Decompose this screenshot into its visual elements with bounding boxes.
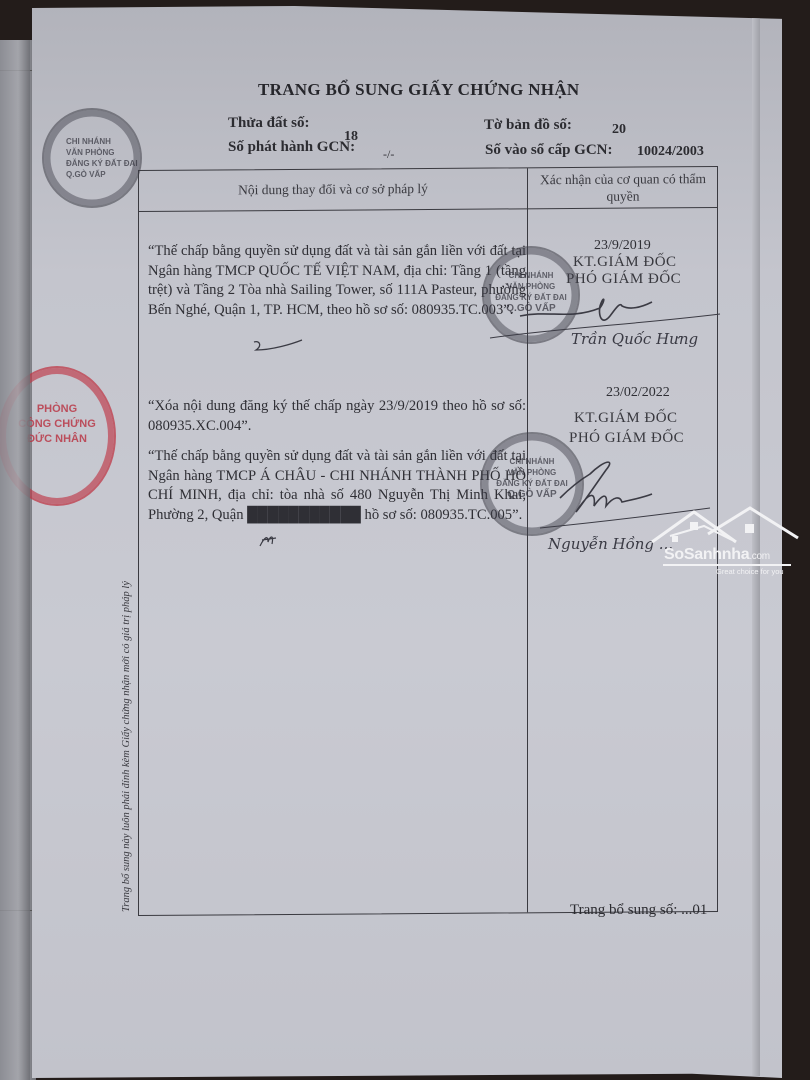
entry-2-role-line2: PHÓ GIÁM ĐỐC — [569, 430, 684, 447]
table-header-divider — [139, 207, 717, 212]
office-stamp-1: CHI NHÁNH VĂN PHÒNG ĐĂNG KÝ ĐẤT ĐAI Q.GÒ… — [482, 246, 580, 344]
table-header-content: Nội dung thay đổi và cơ sở pháp lý — [139, 180, 527, 199]
entry-1-role-line1: KT.GIÁM ĐỐC — [573, 254, 677, 271]
page-title: TRANG BỔ SUNG GIẤY CHỨNG NHẬN — [258, 80, 579, 100]
entry-2-content: “Xóa nội dung đăng ký thế chấp ngày 23/9… — [148, 397, 526, 436]
entry-2-role-line1: KT.GIÁM ĐỐC — [574, 410, 678, 427]
register-no-label: Số vào sổ cấp GCN: — [485, 142, 613, 159]
entry-3-content: “Thế chấp bằng quyền sử dụng đất và tài … — [148, 447, 526, 525]
supplement-page-number: Trang bổ sung số: ...01 — [570, 902, 707, 919]
watermark-divider — [663, 564, 791, 566]
map-sheet-value: 20 — [612, 122, 626, 138]
watermark-tagline: Great choice for you — [716, 567, 784, 576]
entry-1-content: “Thế chấp bằng quyền sử dụng đất và tài … — [148, 242, 526, 320]
entry-1-date: 23/9/2019 — [594, 238, 651, 254]
office-stamp-2: CHI NHÁNH VĂN PHÒNG ĐĂNG KÝ ĐẤT ĐAI Q.GÒ… — [480, 432, 584, 536]
entry-2-date: 23/02/2022 — [606, 385, 670, 401]
table-header-confirmation: Xác nhận của cơ quan có thẩm quyền — [529, 170, 717, 205]
underlying-page-overlap — [0, 40, 30, 1080]
map-sheet-label: Tờ bản đồ số: — [484, 117, 572, 134]
legal-side-note: Trang bổ sung này luôn phải đính kèm Giấ… — [121, 581, 132, 912]
entry-1-initial-mark — [142, 320, 302, 360]
parcel-label: Thửa đất số: — [228, 115, 310, 132]
issue-no-value: -/- — [383, 147, 394, 162]
watermark-brand: SoSanhnha.com — [664, 546, 770, 564]
register-no-value: 10024/2003 — [637, 144, 704, 160]
entry-3-initial-mark — [256, 528, 286, 552]
issue-no-label: Số phát hành GCN: — [228, 139, 355, 156]
office-stamp-partial: CHI NHÁNH VĂN PHÒNG ĐĂNG KÝ ĐẤT ĐAI Q.GÒ… — [42, 108, 142, 208]
